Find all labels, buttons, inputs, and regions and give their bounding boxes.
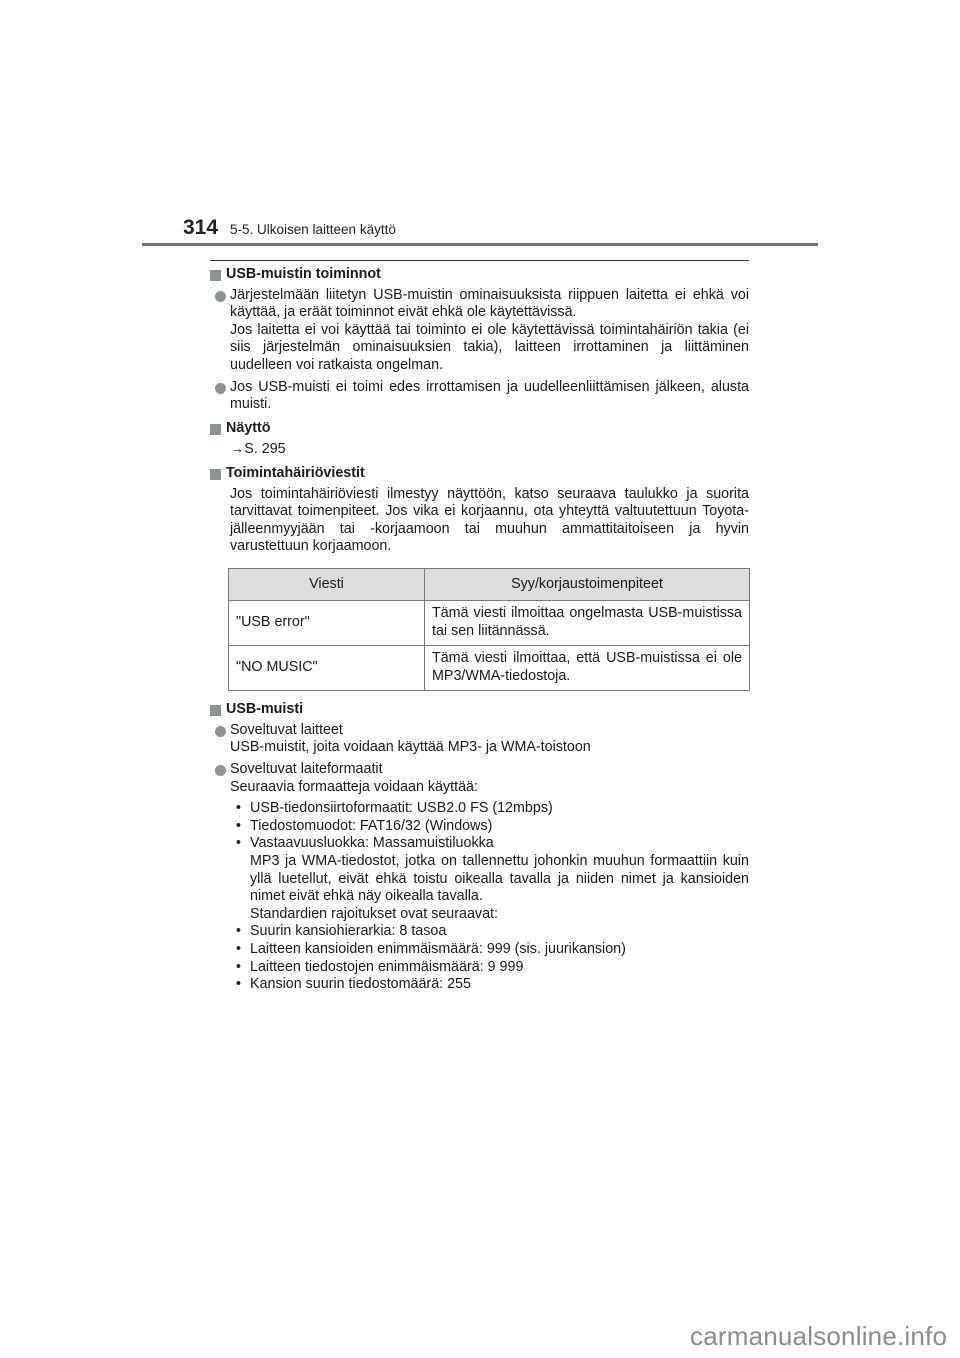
list-item: Soveltuvat laiteformaatit Seuraavia form… xyxy=(210,761,749,796)
list-item: • Vastaavuusluokka: Massamuistiluokka MP… xyxy=(236,835,749,923)
message-cell: "USB error" xyxy=(229,600,425,645)
list-item: •Suurin kansiohierarkia: 8 tasoa xyxy=(236,923,749,941)
circle-bullet-icon xyxy=(215,726,226,737)
list-item: •Tiedostomuodot: FAT16/32 (Windows) xyxy=(236,818,749,836)
error-messages-table: Viesti Syy/korjaustoimenpiteet "USB erro… xyxy=(228,568,750,691)
list-item: •Laitteen tiedostojen enimmäismäärä: 9 9… xyxy=(236,959,749,977)
circle-bullet-icon xyxy=(215,383,226,394)
column-header: Syy/korjaustoimenpiteet xyxy=(425,568,750,600)
square-bullet-icon xyxy=(210,424,221,435)
heading-display: Näyttö xyxy=(210,420,749,438)
message-cell: "NO MUSIC" xyxy=(229,646,425,691)
section-title: 5-5. Ulkoisen laitteen käyttö xyxy=(230,222,396,237)
content-top-rule xyxy=(210,260,749,261)
heading-error-messages: Toimintahäiriöviestit xyxy=(210,465,749,483)
table-row: "USB error" Tämä viesti ilmoittaa ongelm… xyxy=(229,600,750,645)
table-row: "NO MUSIC" Tämä viesti ilmoittaa, että U… xyxy=(229,646,750,691)
watermark: carmanualsonline.info xyxy=(690,1321,947,1352)
cause-cell: Tämä viesti ilmoittaa, että USB-muistiss… xyxy=(425,646,750,691)
page-reference-link[interactable]: →S. 295 xyxy=(210,441,749,459)
page-content: USB-muistin toiminnot Järjestelmään liit… xyxy=(210,266,749,994)
cause-cell: Tämä viesti ilmoittaa ongelmasta USB-mui… xyxy=(425,600,750,645)
page-number: 314 xyxy=(183,216,218,240)
circle-bullet-icon xyxy=(215,291,226,302)
square-bullet-icon xyxy=(210,469,221,480)
square-bullet-icon xyxy=(210,705,221,716)
format-list: •USB-tiedonsiirtoformaatit: USB2.0 FS (1… xyxy=(210,800,749,994)
heading-usb-memory: USB-muisti xyxy=(210,701,749,719)
list-item: Soveltuvat laitteet USB-muistit, joita v… xyxy=(210,722,749,757)
header-rule xyxy=(142,243,818,246)
list-item: •USB-tiedonsiirtoformaatit: USB2.0 FS (1… xyxy=(236,800,749,818)
list-item: •Laitteen kansioiden enimmäismäärä: 999 … xyxy=(236,941,749,959)
error-messages-text: Jos toimintahäiriöviesti ilmestyy näyttö… xyxy=(210,486,749,556)
list-item: •Kansion suurin tiedostomäärä: 255 xyxy=(236,976,749,994)
circle-bullet-icon xyxy=(215,765,226,776)
column-header: Viesti xyxy=(229,568,425,600)
table-header-row: Viesti Syy/korjaustoimenpiteet xyxy=(229,568,750,600)
square-bullet-icon xyxy=(210,270,221,281)
heading-usb-functions: USB-muistin toiminnot xyxy=(210,266,749,284)
list-item: Järjestelmään liitetyn USB-muistin omina… xyxy=(210,287,749,375)
list-item: Jos USB-muisti ei toimi edes irrottamise… xyxy=(210,379,749,414)
